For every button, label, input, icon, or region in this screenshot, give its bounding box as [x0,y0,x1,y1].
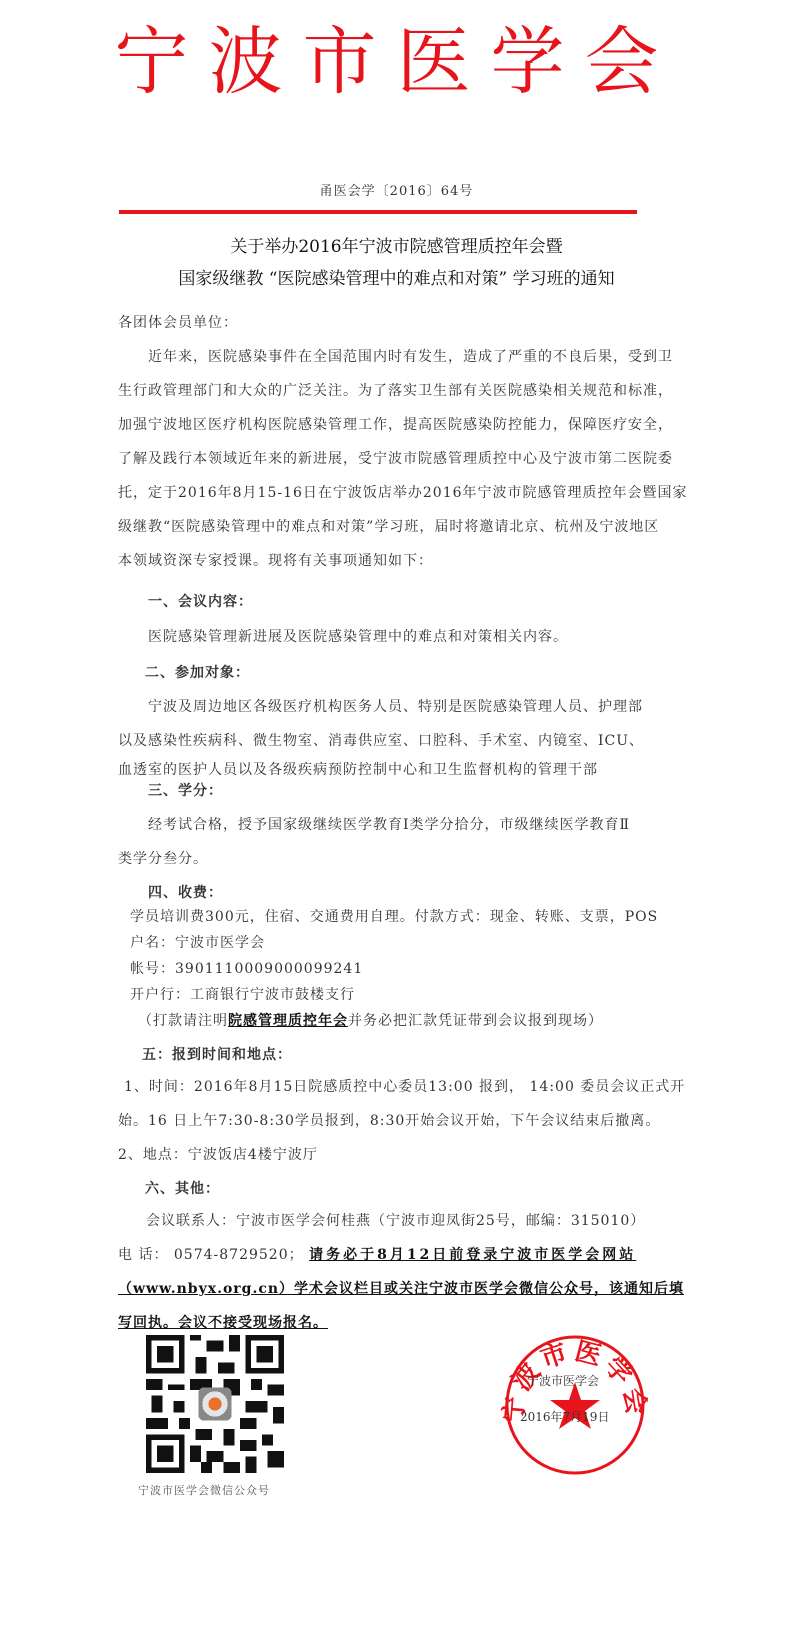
place-line: 2、地点：宁波饭店4楼宁波厅 [118,1138,698,1172]
payment-note: （打款请注明院感管理质控年会并务必把汇款凭证带到会议报到现场） [138,1008,710,1034]
document-number: 甬医会学〔2016〕64号 [0,180,793,199]
section-1-title: 一、会议内容： [148,585,728,619]
official-seal: 宁波市医学会 [500,1330,650,1480]
section-3-body: 经考试合格，授予国家级继续医学教育Ⅰ类学分拾分，市级继续医学教育Ⅱ 类学分叁分。 [118,808,698,876]
intro-line: 本领域资深专家授课。现将有关事项通知如下： [118,544,698,578]
masthead-title: 宁波市医学会 [0,22,793,102]
section-3-title: 三、学分： [148,774,728,808]
section-6-title: 六、其他： [145,1172,725,1206]
section-4-body: 学员培训费300元，住宿、交通费用自理。付款方式：现金、转账、支票，POS 户名… [130,904,710,1034]
section-2-line: 宁波及周边地区各级医疗机构医务人员、特别是医院感染管理人员、护理部 [118,690,698,724]
section-1-body: 医院感染管理新进展及医院感染管理中的难点和对策相关内容。 [148,620,728,654]
section-2-title: 二、参加对象： [145,656,725,690]
salutation: 各团体会员单位： [118,306,698,340]
account-number: 帐号：3901110009000099241 [130,956,710,982]
qr-caption: 宁波市医学会微信公众号 [138,1482,298,1498]
intro-line: 级继教“医院感染管理中的难点和对策”学习班，届时将邀请北京、杭州及宁波地区 [118,510,698,544]
note-emphasis: 院感管理质控年会 [228,1013,348,1029]
registration-notice: 请务必于8月12日前登录宁波市医学会网站 [309,1247,636,1263]
time-line: 始。16 日上午7:30-8:30学员报到，8:30开始会议开始，下午会议结束后… [118,1104,698,1138]
section-2-line: 以及感染性疾病科、微生物室、消毒供应室、口腔科、手术室、内镜室、ICU、 [118,724,698,758]
intro-line: 加强宁波地区医疗机构医院感染管理工作，提高医院感染防控能力，保障医疗安全， [118,408,698,442]
note-suffix: 并务必把汇款凭证带到会议报到现场） [348,1013,603,1029]
fee-line: 学员培训费300元，住宿、交通费用自理。付款方式：现金、转账、支票，POS [130,904,710,930]
registration-notice: （www.nbyx.org.cn）学术会议栏目或关注宁波市医学会微信公众号，该通… [118,1272,698,1306]
qr-code [146,1335,284,1473]
intro-line: 生行政管理部门和大众的广泛关注。为了落实卫生部有关医院感染相关规范和标准， [118,374,698,408]
intro-line: 托，定于2016年8月15-16日在宁波饭店举办2016年宁波市院感管理质控年会… [118,476,698,510]
section-2-body: 宁波及周边地区各级医疗机构医务人员、特别是医院感染管理人员、护理部 以及感染性疾… [118,690,698,782]
phone-number: 电 话： 0574-8729520； [118,1247,304,1263]
contact-line: 会议联系人：宁波市医学会何桂燕（宁波市迎凤街25号，邮编：315010） [118,1204,698,1238]
intro-line: 了解及践行本领域近年来的新进展，受宁波市院感管理质控中心及宁波市第二医院委 [118,442,698,476]
bank-name: 开户行：工商银行宁波市鼓楼支行 [130,982,710,1008]
section-5-body: 1、时间：2016年8月15日院感质控中心委员13:00 报到， 14:00 委… [118,1070,698,1172]
note-prefix: （打款请注明 [138,1013,228,1029]
section-5-title: 五：报到时间和地点： [142,1038,722,1072]
red-divider [119,210,637,214]
section-6-body: 会议联系人：宁波市医学会何桂燕（宁波市迎凤街25号，邮编：315010） 电 话… [118,1204,698,1340]
intro-paragraph: 近年来，医院感染事件在全国范围内时有发生，造成了严重的不良后果，受到卫 生行政管… [118,340,698,578]
section-3-line: 经考试合格，授予国家级继续医学教育Ⅰ类学分拾分，市级继续医学教育Ⅱ [118,808,698,842]
section-3-line: 类学分叁分。 [118,842,698,876]
intro-line: 近年来，医院感染事件在全国范围内时有发生，造成了严重的不良后果，受到卫 [118,340,698,374]
notice-title-line1: 关于举办2016年宁波市院感管理质控年会暨 [0,232,793,257]
signer-name: 宁波市医学会 [527,1372,599,1389]
time-line: 1、时间：2016年8月15日院感质控中心委员13:00 报到， 14:00 委… [118,1070,698,1104]
phone-line: 电 话： 0574-8729520； 请务必于8月12日前登录宁波市医学会网站 [118,1238,698,1272]
signing-date: 2016年7月19日 [520,1408,609,1425]
account-name: 户名：宁波市医学会 [130,930,710,956]
notice-title-line2: 国家级继教 “医院感染管理中的难点和对策” 学习班的通知 [0,264,793,289]
